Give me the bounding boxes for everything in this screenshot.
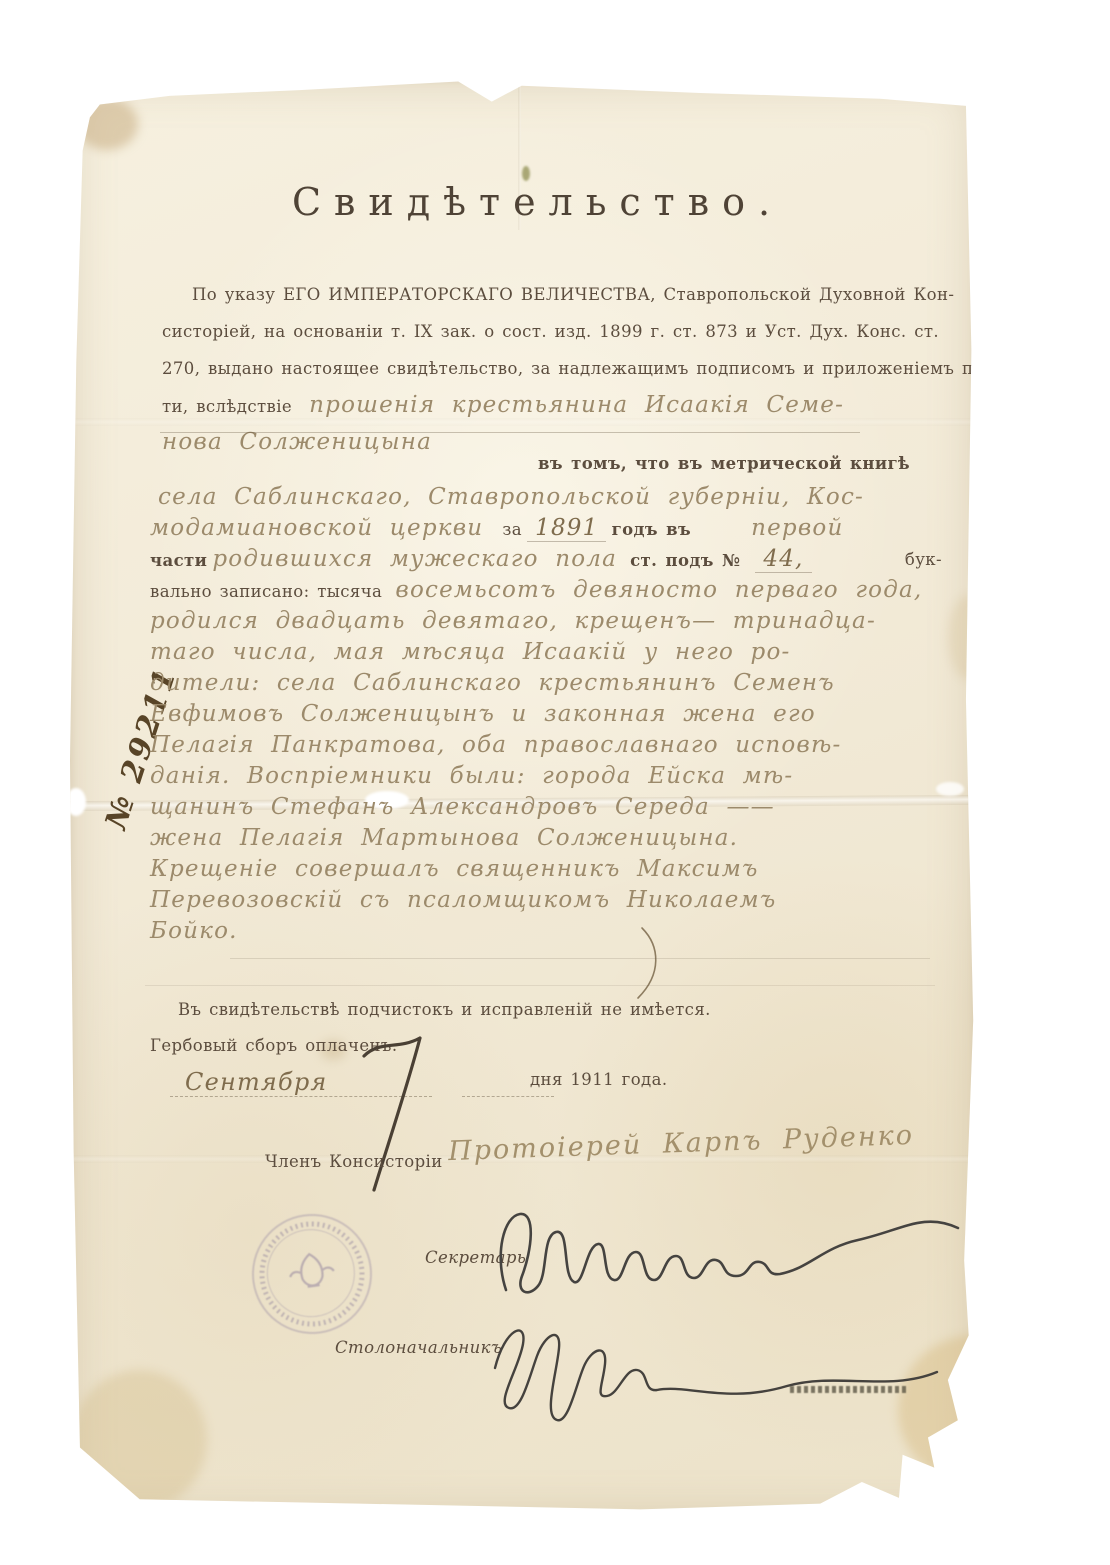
metric-record: села Саблинскаго, Ставропольской губерні… xyxy=(150,482,942,947)
clerk-signature xyxy=(465,1308,965,1438)
tear-left-edge xyxy=(66,788,86,816)
stain-right-edge xyxy=(948,595,990,680)
document-title: Свидѣтельство. xyxy=(100,180,975,224)
metric-parents-2: Евфимовъ Солженицынъ и законная жена его xyxy=(150,701,816,727)
consistory-member-label: Членъ Консисторіи xyxy=(265,1152,443,1171)
double-eagle-emblem xyxy=(287,1251,335,1289)
metric-godparents-2: щанинъ Стефанъ Александровъ Середа —— xyxy=(150,794,775,820)
entry-number-handwritten: 44, xyxy=(755,546,811,573)
metric-priest-2: Перевозовскій съ псаломщикомъ Николаемъ xyxy=(150,887,776,913)
metric-godparents-3: жена Пелагія Мартынова Солженицына. xyxy=(150,825,738,851)
metric-parents-3: Пелагія Панкратова, оба православнаго ис… xyxy=(150,732,841,758)
intro-line-3: 270, выдано настоящее свидѣтельство, за … xyxy=(162,350,952,387)
printed-buk: бук- xyxy=(905,544,942,575)
intro-line-4-printed: ти, вслѣдствіе xyxy=(162,397,292,416)
metric-book-header: въ томъ, что въ метрической книгѣ xyxy=(470,454,910,473)
book-part-handwritten: первой xyxy=(751,515,843,541)
year-handwritten: 1891 xyxy=(527,515,606,542)
stain-bottom-left xyxy=(72,1370,207,1510)
metric-parents-1: дители: села Саблинскаго крестьянинъ Сем… xyxy=(150,670,835,696)
date-month-handwritten: Сентября xyxy=(185,1068,328,1096)
petitioner-name-handwritten: прошенія крестьянина Исаакія Семе- xyxy=(309,392,844,418)
intro-paragraph: По указу ЕГО ИМПЕРАТОРСКАГО ВЕЛИЧЕСТВА, … xyxy=(162,276,952,461)
blank-form-rule xyxy=(160,432,860,433)
intro-line-1: По указу ЕГО ИМПЕРАТОРСКАГО ВЕЛИЧЕСТВА, … xyxy=(162,276,952,313)
pen-stroke xyxy=(630,926,670,1001)
metric-godparents-1: данія. Воспріемники были: города Ейска м… xyxy=(150,763,793,789)
consistory-seal-stamp xyxy=(244,1206,380,1342)
printed-st-pod-no: ст. подъ № xyxy=(630,551,740,570)
blank-form-rule xyxy=(145,985,935,986)
intro-line-2: систоріей, на основаніи т. IX зак. о сос… xyxy=(162,313,952,350)
date-printed: дня 1911 года. xyxy=(530,1070,667,1089)
metric-born-male-handwritten: родившихся мужескаго пола xyxy=(212,546,617,572)
metric-year-words-handwritten: восемьсотъ девяносто перваго года, xyxy=(395,577,922,603)
speck-top-center xyxy=(522,166,530,181)
metric-line-village: села Саблинскаго, Ставропольской губерні… xyxy=(158,484,864,510)
secretary-signature xyxy=(490,1206,970,1316)
printed-za: за xyxy=(502,520,522,539)
photo-of-document: { "document": { "title": "Свидѣтельство.… xyxy=(0,0,1110,1565)
metric-priest-3: Бойко. xyxy=(150,918,238,944)
printed-chasti: части xyxy=(150,551,207,570)
metric-priest-1: Крещеніе совершалъ священникъ Максимъ xyxy=(150,856,759,882)
printed-valno-zapisano: вально записано: тысяча xyxy=(150,582,382,601)
metric-baptism-name: таго числа, мая мѣсяца Исаакій у него ро… xyxy=(150,639,790,665)
blank-form-rule xyxy=(230,958,930,959)
printed-god-v: годъ въ xyxy=(612,520,691,539)
metric-birth-date: родился двадцать девятаго, крещенъ— трин… xyxy=(150,608,876,634)
date-rule xyxy=(462,1096,554,1097)
certificate-paper: № 29211 Свидѣтельство. По указу ЕГО ИМПЕ… xyxy=(70,80,975,1518)
stain-top-left-corner xyxy=(76,98,138,150)
no-corrections-statement: Въ свидѣтельствѣ подчистокъ и исправлені… xyxy=(178,1000,711,1019)
metric-church-handwritten: модамиановской церкви xyxy=(150,515,483,541)
printer-imprint xyxy=(790,1386,908,1393)
